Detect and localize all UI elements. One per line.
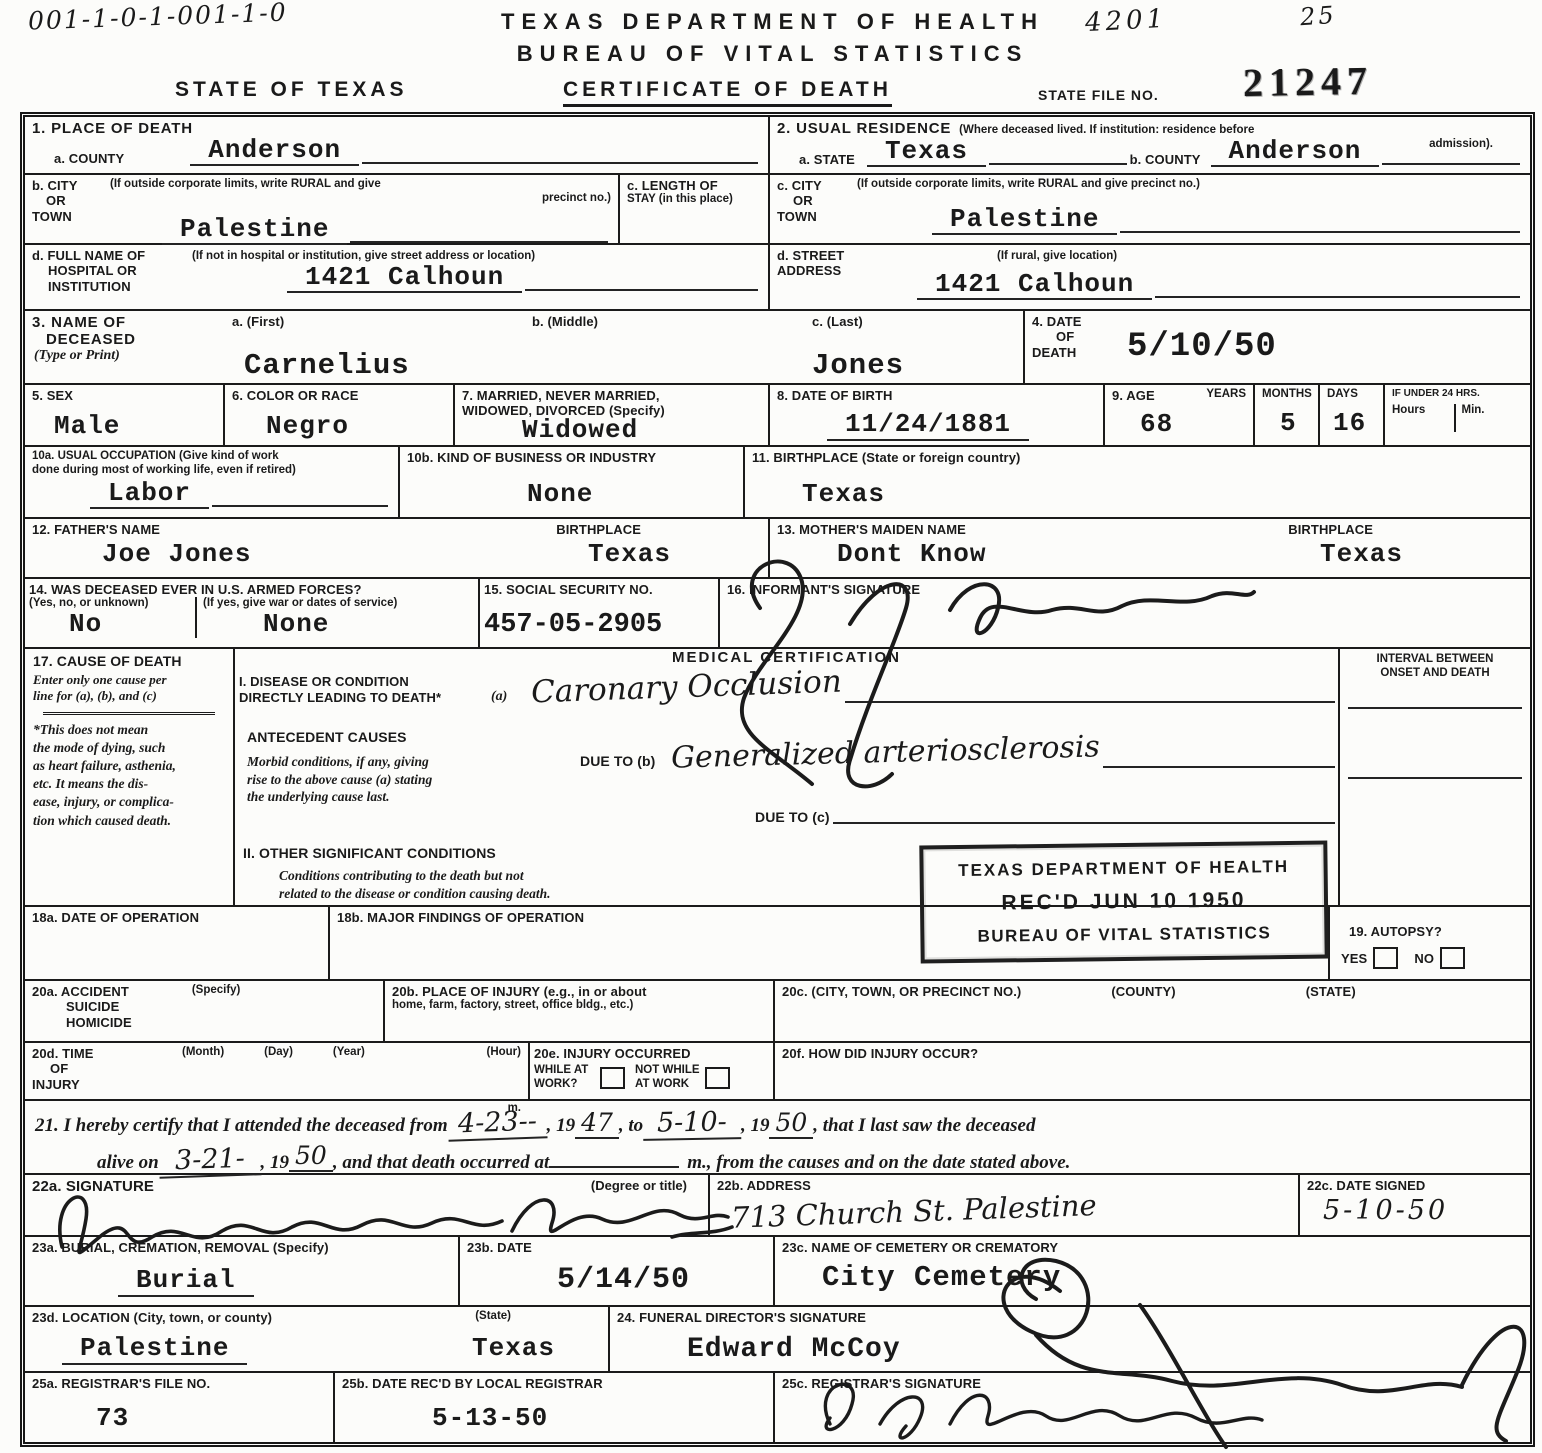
morbid-note-1: Morbid conditions, if any, giving xyxy=(247,753,577,771)
field-mothers-name: 13. MOTHER'S MAIDEN NAME BIRTHPLACE Dont… xyxy=(770,519,1530,577)
field-autopsy: 19. AUTOPSY? YES NO xyxy=(1330,907,1530,979)
field-place-of-injury: 20b. PLACE OF INJURY (e.g., in or about … xyxy=(385,981,775,1041)
field-age-years: 9. AGE YEARS 68 xyxy=(1105,385,1255,445)
age-years-value: 68 xyxy=(1140,411,1246,438)
cause-star-note-4: etc. It means the dis- xyxy=(33,775,225,793)
certify-to-year-hw: 50 xyxy=(769,1108,813,1139)
residence-state-value: Texas xyxy=(867,138,986,167)
certify-19-a: , 19 xyxy=(547,1115,576,1137)
marital-value: Widowed xyxy=(522,417,761,444)
hospital-label-1: d. FULL NAME OF xyxy=(32,248,192,263)
accident-specify-label: (Specify) xyxy=(192,984,241,1030)
cause-star-note-2: the mode of dying, such xyxy=(33,739,225,757)
dod-label-2: OF xyxy=(1032,329,1127,344)
row-sex-race-dob-age: 5. SEX Male 6. COLOR OR RACE Negro 7. MA… xyxy=(25,385,1530,447)
row-forces-ssn-informant: 14. WAS DECEASED EVER IN U.S. ARMED FORC… xyxy=(25,579,1530,649)
usual-residence-note: (Where deceased lived. If institution: r… xyxy=(959,124,1254,138)
row-time-of-injury: 20d. TIME OF INJURY (Month) (Day) (Year)… xyxy=(25,1043,1530,1101)
sex-label: 5. SEX xyxy=(32,388,216,403)
disease-label-2: DIRECTLY LEADING TO DEATH* xyxy=(239,690,491,705)
blank-line xyxy=(845,701,1335,703)
field-interval-onset-death: INTERVAL BETWEEN ONSET AND DEATH xyxy=(1340,649,1530,905)
handwritten-code-top-left: 001-1-0-1-001-1-0 xyxy=(28,0,289,36)
burial-type-label: 23a. BURIAL, CREMATION, REMOVAL (Specify… xyxy=(32,1240,451,1255)
row-parents: 12. FATHER'S NAME BIRTHPLACE Joe Jones T… xyxy=(25,519,1530,579)
blank-line xyxy=(1155,296,1520,298)
divider xyxy=(43,712,215,715)
autopsy-yes-label: YES xyxy=(1341,951,1367,966)
blank-line xyxy=(1120,231,1520,233)
dod-label-3: DEATH xyxy=(1032,345,1127,360)
name-label-2: DECEASED xyxy=(32,331,232,348)
due-to-c-label: DUE TO (c) xyxy=(755,809,830,826)
field-cemetery-name: 23c. NAME OF CEMETERY OR CREMATORY City … xyxy=(775,1237,1530,1305)
hospital-value: 1421 Calhoun xyxy=(287,264,522,293)
certify-from-year-hw: 47 xyxy=(575,1108,619,1139)
cause-star-note-1: *This does not mean xyxy=(33,721,225,739)
birthplace-value: Texas xyxy=(802,481,1523,508)
residence-state-label: a. STATE xyxy=(799,152,855,167)
due-to-b-label: DUE TO (b) xyxy=(580,753,655,770)
dod-value: 5/10/50 xyxy=(1127,330,1277,380)
residence-city-label-town: TOWN xyxy=(777,209,857,224)
department-title: TEXAS DEPARTMENT OF HEALTH xyxy=(500,6,1045,38)
color-race-label: 6. COLOR OR RACE xyxy=(232,388,446,403)
field-date-recd: 25b. DATE REC'D BY LOCAL REGISTRAR 5-13-… xyxy=(335,1373,775,1442)
age-label: 9. AGE xyxy=(1112,388,1155,403)
cause-note-1: Enter only one cause per xyxy=(33,672,225,688)
degree-or-title-label: (Degree or title) xyxy=(591,1178,687,1196)
time-of-injury-label-1: 20d. TIME xyxy=(32,1046,122,1061)
field-date-of-death: 4. DATE OF DEATH 5/10/50 xyxy=(1025,311,1530,383)
physician-signature-label: 22a. SIGNATURE xyxy=(32,1178,154,1196)
row-place-residence: 1. PLACE OF DEATH a. COUNTY Anderson 2. … xyxy=(25,117,1530,175)
how-injury-occurred-label: 20f. HOW DID INJURY OCCUR? xyxy=(782,1046,1523,1061)
field-burial-date: 23b. DATE 5/14/50 xyxy=(460,1237,775,1305)
field-occupation: 10a. USUAL OCCUPATION (Give kind of work… xyxy=(25,447,400,517)
fathers-name-value: Joe Jones xyxy=(102,541,251,568)
state-file-number-stamp: 21247 xyxy=(1243,57,1374,106)
last-name-value: Jones xyxy=(812,351,1016,381)
field-place-of-death: 1. PLACE OF DEATH a. COUNTY Anderson xyxy=(25,117,770,173)
while-at-work-label-1: WHILE AT xyxy=(534,1064,596,1078)
burial-location-value: Palestine xyxy=(62,1335,247,1364)
field-date-of-birth: 8. DATE OF BIRTH 11/24/1881 xyxy=(770,385,1105,445)
field-age-days: DAYS 16 xyxy=(1320,385,1385,445)
hospital-label-2: HOSPITAL OR xyxy=(32,263,192,278)
age-months-value: 5 xyxy=(1280,410,1311,437)
cause-star-note-3: as heart failure, asthenia, xyxy=(33,757,225,775)
residence-city-label-or: OR xyxy=(777,193,857,208)
street-address-label-1: d. STREET xyxy=(777,248,887,263)
field-birthplace: 11. BIRTHPLACE (State or foreign country… xyxy=(745,447,1530,517)
date-recd-value: 5-13-50 xyxy=(432,1405,766,1432)
not-while-at-work-checkbox xyxy=(705,1067,730,1089)
burial-location-label: 23d. LOCATION (City, town, or county) xyxy=(32,1310,272,1325)
antecedent-label: ANTECEDENT CAUSES xyxy=(247,729,407,746)
dob-value: 11/24/1881 xyxy=(827,411,1029,440)
field-date-of-operation: 18a. DATE OF OPERATION xyxy=(25,907,330,979)
autopsy-no-label: NO xyxy=(1414,951,1434,966)
cemetery-name-label: 23c. NAME OF CEMETERY OR CREMATORY xyxy=(782,1240,1523,1255)
injury-year-label: (Year) xyxy=(333,1046,365,1092)
while-at-work-label-2: WORK? xyxy=(534,1078,596,1092)
age-months-label: MONTHS xyxy=(1262,388,1311,402)
mothers-name-value: Dont Know xyxy=(837,541,986,568)
hospital-label-3: INSTITUTION xyxy=(32,279,192,294)
not-while-at-work-label-2: AT WORK xyxy=(635,1078,701,1092)
field-length-of-stay: c. LENGTH OF STAY (in this place) xyxy=(620,175,770,243)
field-informant-signature: 16. INFORMANT'S SIGNATURE xyxy=(720,579,1530,647)
death-city-value: Palestine xyxy=(162,216,347,245)
birthplace-label: 11. BIRTHPLACE (State or foreign country… xyxy=(752,450,1523,465)
field-fathers-name: 12. FATHER'S NAME BIRTHPLACE Joe Jones T… xyxy=(25,519,770,577)
place-of-death-title: 1. PLACE OF DEATH xyxy=(32,120,761,137)
residence-county-label: b. COUNTY xyxy=(1130,152,1201,167)
occupation-label-1: 10a. USUAL OCCUPATION (Give kind of work xyxy=(32,450,391,464)
blank-line xyxy=(1348,707,1522,709)
row-accident: 20a. ACCIDENT SUICIDE HOMICIDE (Specify)… xyxy=(25,981,1530,1043)
time-of-injury-label-2: OF xyxy=(32,1061,122,1076)
field-date-signed: 22c. DATE SIGNED 5-10-50 xyxy=(1300,1175,1530,1235)
funeral-director-label: 24. FUNERAL DIRECTOR'S SIGNATURE xyxy=(617,1310,1523,1325)
business-value: None xyxy=(527,481,736,508)
stamp-line-3: BUREAU OF VITAL STATISTICS xyxy=(977,924,1271,948)
medical-certification-title: MEDICAL CERTIFICATION xyxy=(235,649,1338,667)
field-physician-signature: 22a. SIGNATURE (Degree or title) xyxy=(25,1175,710,1235)
field-cause-of-death-notes: 17. CAUSE OF DEATH Enter only one cause … xyxy=(25,649,235,905)
father-birthplace-label: BIRTHPLACE xyxy=(556,522,641,537)
other-conditions-label: II. OTHER SIGNIFICANT CONDITIONS xyxy=(243,845,496,862)
first-name-label: a. (First) xyxy=(232,314,532,329)
age-years-label: YEARS xyxy=(1206,388,1246,403)
certify-text-1: 21. I hereby certify that I attended the… xyxy=(35,1115,448,1137)
certify-to-date-hw: 5-10- xyxy=(643,1106,741,1141)
disease-a-tag: (a) xyxy=(491,689,507,705)
blank-line xyxy=(833,822,1335,824)
field-injury-occurred: 20e. INJURY OCCURRED WHILE AT WORK? NOT … xyxy=(530,1043,775,1099)
field-how-injury-occurred: 20f. HOW DID INJURY OCCUR? xyxy=(775,1043,1530,1099)
blank-line xyxy=(1382,163,1520,165)
cause-star-note-5: ease, injury, or complica- xyxy=(33,793,225,811)
cemetery-name-value: City Cemetery xyxy=(822,1263,1523,1293)
burial-location-state-value: Texas xyxy=(472,1335,555,1364)
injury-state-label: (STATE) xyxy=(1306,984,1356,1038)
handwritten-number-2: 25 xyxy=(1299,1,1337,31)
death-city-note: (If outside corporate limits, write RURA… xyxy=(110,178,611,192)
field-marital-status: 7. MARRIED, NEVER MARRIED, WIDOWED, DIVO… xyxy=(455,385,770,445)
morbid-note-2: rise to the above cause (a) stating xyxy=(247,771,577,789)
accident-label-3: HOMICIDE xyxy=(32,1015,132,1030)
street-address-value: 1421 Calhoun xyxy=(917,271,1152,300)
dob-label: 8. DATE OF BIRTH xyxy=(777,388,1096,403)
certify-19-b: , 19 xyxy=(741,1115,770,1137)
residence-city-label: c. CITY xyxy=(777,178,857,193)
field-burial-type: 23a. BURIAL, CREMATION, REMOVAL (Specify… xyxy=(25,1237,460,1305)
date-signed-label: 22c. DATE SIGNED xyxy=(1307,1178,1523,1193)
injury-month-label: (Month) xyxy=(182,1046,224,1092)
received-stamp: TEXAS DEPARTMENT OF HEALTH REC'D JUN 10 … xyxy=(919,841,1328,964)
cause-b-value: Generalized arteriosclerosis xyxy=(671,729,1101,775)
under24-min-label: Min. xyxy=(1456,404,1524,432)
place-of-injury-label-2: home, farm, factory, street, office bldg… xyxy=(392,999,766,1013)
date-signed-value: 5-10-50 xyxy=(1323,1195,1523,1226)
row-certification-statement: 21. I hereby certify that I attended the… xyxy=(25,1101,1530,1175)
field-age-months: MONTHS 5 xyxy=(1255,385,1320,445)
field-street-address: d. STREET ADDRESS (If rural, give locati… xyxy=(770,245,1530,309)
injury-county-label: (COUNTY) xyxy=(1111,984,1175,1038)
occupation-value: Labor xyxy=(90,480,209,509)
marital-label-1: 7. MARRIED, NEVER MARRIED, xyxy=(462,388,761,403)
burial-date-value: 5/14/50 xyxy=(557,1265,766,1297)
color-race-value: Negro xyxy=(266,413,446,440)
blank-line xyxy=(525,289,758,291)
age-days-label: DAYS xyxy=(1327,388,1376,402)
street-address-label-2: ADDRESS xyxy=(777,263,887,278)
cause-note-2: line for (a), (b), and (c) xyxy=(33,688,225,704)
mothers-name-label: 13. MOTHER'S MAIDEN NAME xyxy=(777,522,966,537)
accident-label-1: 20a. ACCIDENT xyxy=(32,984,132,999)
certify-to-text: , to xyxy=(619,1115,643,1137)
sex-value: Male xyxy=(54,413,216,440)
funeral-director-value: Edward McCoy xyxy=(687,1335,1523,1364)
blank-line xyxy=(1348,777,1522,779)
name-label-3: (Type or Print) xyxy=(32,348,232,364)
field-usual-residence: 2. USUAL RESIDENCE (Where deceased lived… xyxy=(770,117,1530,173)
row-name-dod: 3. NAME OF DECEASED (Type or Print) a. (… xyxy=(25,311,1530,385)
certificate-form: 1. PLACE OF DEATH a. COUNTY Anderson 2. … xyxy=(20,112,1535,1447)
field-ssn: 15. SOCIAL SECURITY NO. 457-05-2905 xyxy=(480,579,720,647)
field-under-24-hrs: IF UNDER 24 HRS. Hours Min. xyxy=(1385,385,1530,445)
row-location-funeral-director: 23d. LOCATION (City, town, or county) (S… xyxy=(25,1307,1530,1373)
blank-line xyxy=(1103,766,1335,768)
length-of-stay-label-2: STAY (in this place) xyxy=(627,193,761,207)
date-of-operation-label: 18a. DATE OF OPERATION xyxy=(32,910,321,925)
informant-signature-label: 16. INFORMANT'S SIGNATURE xyxy=(727,582,1523,597)
certify-alive-text: alive on xyxy=(97,1152,159,1174)
autopsy-no-checkbox xyxy=(1440,947,1465,969)
time-of-injury-label-3: INJURY xyxy=(32,1077,122,1092)
blank-line xyxy=(362,162,758,164)
certificate-of-death-title: CERTIFICATE OF DEATH xyxy=(563,78,892,107)
while-at-work-checkbox xyxy=(600,1067,625,1089)
ssn-label: 15. SOCIAL SECURITY NO. xyxy=(484,582,714,597)
injury-occurred-label: 20e. INJURY OCCURRED xyxy=(534,1046,769,1061)
autopsy-yes-checkbox xyxy=(1373,947,1398,969)
cause-star-note-6: tion which caused death. xyxy=(33,812,225,830)
burial-location-state-label: (State) xyxy=(475,1310,511,1325)
row-hospital-street: d. FULL NAME OF HOSPITAL OR INSTITUTION … xyxy=(25,245,1530,311)
father-birthplace-value: Texas xyxy=(588,541,671,568)
field-physician-address: 22b. ADDRESS 713 Church St. Palestine xyxy=(710,1175,1300,1235)
first-name-value: Carnelius xyxy=(244,351,532,381)
morbid-note-3: the underlying cause last. xyxy=(247,788,577,806)
field-burial-location: 23d. LOCATION (City, town, or county) (S… xyxy=(25,1307,610,1371)
blank-line xyxy=(989,163,1127,165)
middle-name-label: b. (Middle) xyxy=(532,314,812,329)
blank-line xyxy=(549,1166,679,1168)
place-of-injury-label-1: 20b. PLACE OF INJURY (e.g., in or about xyxy=(392,984,766,999)
death-city-note-2: precinct no.) xyxy=(110,192,611,206)
other-conditions-note-1: Conditions contributing to the death but… xyxy=(279,867,551,885)
field-armed-forces: 14. WAS DECEASED EVER IN U.S. ARMED FORC… xyxy=(25,579,480,647)
injury-city-label: 20c. (CITY, TOWN, OR PRECINCT NO.) xyxy=(782,984,1021,1038)
injury-day-label: (Day) xyxy=(264,1046,293,1092)
field-registrar-file-no: 25a. REGISTRAR'S FILE NO. 73 xyxy=(25,1373,335,1442)
cause-title: 17. CAUSE OF DEATH xyxy=(33,653,225,670)
field-injury-location: 20c. (CITY, TOWN, OR PRECINCT NO.) (COUN… xyxy=(775,981,1530,1041)
field-hospital: d. FULL NAME OF HOSPITAL OR INSTITUTION … xyxy=(25,245,770,309)
age-days-value: 16 xyxy=(1333,410,1376,437)
burial-type-value: Burial xyxy=(118,1267,254,1296)
handwritten-number-1: 4201 xyxy=(1084,4,1168,38)
death-certificate-document: { "header": { "scrawl_left": "001-1-0-1-… xyxy=(0,0,1542,1453)
burial-date-label: 23b. DATE xyxy=(467,1240,766,1255)
last-name-label: c. (Last) xyxy=(812,314,1016,329)
armed-forces-label: 14. WAS DECEASED EVER IN U.S. ARMED FORC… xyxy=(29,582,474,597)
blank-line xyxy=(212,505,388,507)
bureau-title: BUREAU OF VITAL STATISTICS xyxy=(500,38,1045,70)
field-funeral-director: 24. FUNERAL DIRECTOR'S SIGNATURE Edward … xyxy=(610,1307,1530,1371)
registrar-signature-label: 25c. REGISTRAR'S SIGNATURE xyxy=(782,1376,1523,1391)
field-sex: 5. SEX Male xyxy=(25,385,225,445)
other-conditions-note-2: related to the disease or condition caus… xyxy=(279,885,551,903)
mother-birthplace-value: Texas xyxy=(1320,541,1403,568)
field-registrar-signature: 25c. REGISTRAR'S SIGNATURE xyxy=(775,1373,1530,1442)
field-death-city: b. CITY OR TOWN (If outside corporate li… xyxy=(25,175,620,243)
stamp-line-1: TEXAS DEPARTMENT OF HEALTH xyxy=(958,857,1289,881)
residence-city-value: Palestine xyxy=(932,206,1117,235)
not-while-at-work-label-1: NOT WHILE xyxy=(635,1064,701,1078)
certify-alive-year-hw: 50 xyxy=(289,1141,333,1172)
field-certification-statement: 21. I hereby certify that I attended the… xyxy=(25,1101,1530,1173)
field-time-of-injury: 20d. TIME OF INJURY (Month) (Day) (Year)… xyxy=(25,1043,530,1099)
cause-a-value: Caronary Occlusion xyxy=(531,664,843,711)
field-color-race: 6. COLOR OR RACE Negro xyxy=(225,385,455,445)
row-burial: 23a. BURIAL, CREMATION, REMOVAL (Specify… xyxy=(25,1237,1530,1307)
armed-forces-sub-1: (Yes, no, or unknown) xyxy=(29,597,195,611)
field-name-of-deceased: 3. NAME OF DECEASED (Type or Print) a. (… xyxy=(25,311,1025,383)
certify-text-3: , and that death occurred at xyxy=(333,1152,549,1174)
certify-19-c: , 19 xyxy=(261,1152,290,1174)
mother-birthplace-label: BIRTHPLACE xyxy=(1288,522,1373,537)
death-city-label-town: TOWN xyxy=(32,209,110,224)
interval-label-1: INTERVAL BETWEEN xyxy=(1344,653,1526,667)
certify-alive-date-hw: 3-21- xyxy=(158,1142,261,1179)
county-value: Anderson xyxy=(190,137,359,166)
occupation-label-2: done during most of working life, even i… xyxy=(32,464,391,478)
fathers-name-label: 12. FATHER'S NAME xyxy=(32,522,160,537)
certify-from-date-hw: 4-23-- xyxy=(447,1105,547,1141)
certify-text-2: , that I last saw the deceased xyxy=(813,1115,1035,1137)
interval-label-2: ONSET AND DEATH xyxy=(1344,667,1526,681)
blank-line xyxy=(350,241,608,243)
autopsy-label: 19. AUTOPSY? xyxy=(1349,924,1523,939)
dod-label-1: 4. DATE xyxy=(1032,314,1127,329)
field-business-industry: 10b. KIND OF BUSINESS OR INDUSTRY None xyxy=(400,447,745,517)
field-residence-city: c. CITY OR TOWN (If outside corporate li… xyxy=(770,175,1530,243)
state-file-no-label: STATE FILE NO. xyxy=(1038,87,1159,104)
death-city-label-or: OR xyxy=(32,193,110,208)
length-of-stay-label: c. LENGTH OF xyxy=(627,178,761,193)
death-city-label: b. CITY xyxy=(32,178,110,193)
armed-forces-value-2: None xyxy=(263,611,474,638)
registrar-file-no-value: 73 xyxy=(96,1405,326,1432)
row-physician: 22a. SIGNATURE (Degree or title) 22b. AD… xyxy=(25,1175,1530,1237)
usual-residence-title: 2. USUAL RESIDENCE xyxy=(777,120,951,137)
ssn-value: 457-05-2905 xyxy=(484,611,714,639)
certify-text-4: m., from the causes and on the date stat… xyxy=(687,1152,1070,1174)
injury-hour-label: (Hour) xyxy=(487,1046,522,1092)
accident-label-2: SUICIDE xyxy=(32,999,132,1014)
business-label: 10b. KIND OF BUSINESS OR INDUSTRY xyxy=(407,450,736,465)
row-registrar: 25a. REGISTRAR'S FILE NO. 73 25b. DATE R… xyxy=(25,1373,1530,1442)
stamp-line-2: REC'D JUN 10 1950 xyxy=(1001,888,1246,915)
state-of-texas-title: STATE OF TEXAS xyxy=(175,78,408,102)
disease-label-1: I. DISEASE OR CONDITION xyxy=(239,674,491,689)
date-recd-label: 25b. DATE REC'D BY LOCAL REGISTRAR xyxy=(342,1376,766,1391)
name-label-1: 3. NAME OF xyxy=(32,314,232,331)
under24-hours-label: Hours xyxy=(1392,404,1456,432)
row-occupation-birthplace: 10a. USUAL OCCUPATION (Give kind of work… xyxy=(25,447,1530,519)
registrar-file-no-label: 25a. REGISTRAR'S FILE NO. xyxy=(32,1376,326,1391)
row-city-town: b. CITY OR TOWN (If outside corporate li… xyxy=(25,175,1530,245)
county-label: a. COUNTY xyxy=(54,151,124,166)
field-accident-suicide-homicide: 20a. ACCIDENT SUICIDE HOMICIDE (Specify) xyxy=(25,981,385,1041)
residence-county-value: Anderson xyxy=(1211,138,1380,167)
armed-forces-value-1: No xyxy=(69,611,195,638)
armed-forces-sub-2: (If yes, give war or dates of service) xyxy=(203,597,474,611)
under24-label: IF UNDER 24 HRS. xyxy=(1392,388,1523,400)
